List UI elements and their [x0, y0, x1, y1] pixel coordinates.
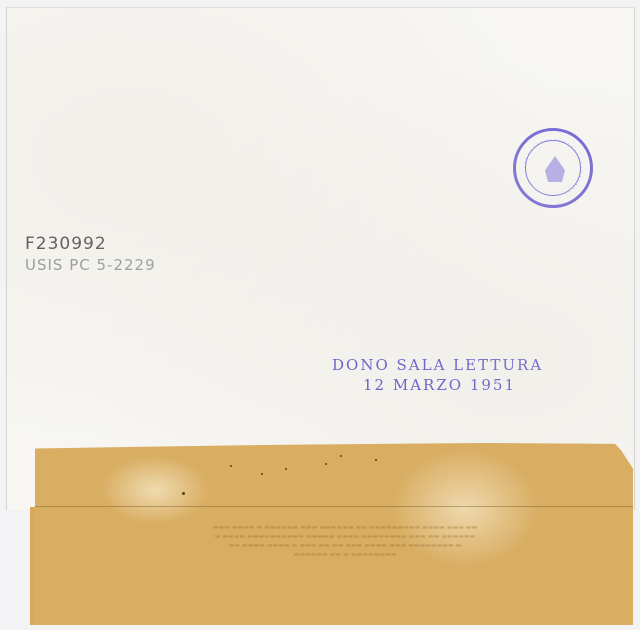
circular-institution-stamp: · · · · · · · · · · · · · · · · · · · · …: [513, 128, 593, 208]
stamp-line-donation: DONO SALA LETTURA: [332, 356, 543, 374]
tape-fold-line: [35, 506, 633, 507]
kraft-paper-tape: ▬▬▬ ▬▬▬▬ ▬ ▬▬▬▬▬▬ ▬▬▬ ▬▬▬▬▬▬ ▬▬ ▬▬▬▬▬▬▬▬…: [35, 443, 633, 625]
speck: [261, 473, 263, 475]
speck: [230, 465, 232, 467]
speck: [375, 459, 377, 461]
speck: [325, 463, 327, 465]
stamp-line-date: 12 MARZO 1951: [363, 376, 516, 394]
tape-bleed-text: ▬▬▬ ▬▬▬▬ ▬ ▬▬▬▬▬▬ ▬▬▬ ▬▬▬▬▬▬ ▬▬ ▬▬▬▬▬▬▬▬…: [105, 523, 585, 559]
stamp-inner-ring: [525, 140, 581, 196]
shield-emblem-icon: [545, 156, 565, 182]
handwritten-reference: USIS PC 5-2229: [25, 256, 156, 274]
speck: [182, 492, 185, 495]
tape-fade-spot: [100, 455, 210, 525]
speck: [340, 455, 342, 457]
speck: [285, 468, 287, 470]
handwritten-catalog-id: F230992: [25, 234, 107, 254]
photo-verso: · · · · · · · · · · · · · · · · · · · · …: [6, 7, 635, 510]
